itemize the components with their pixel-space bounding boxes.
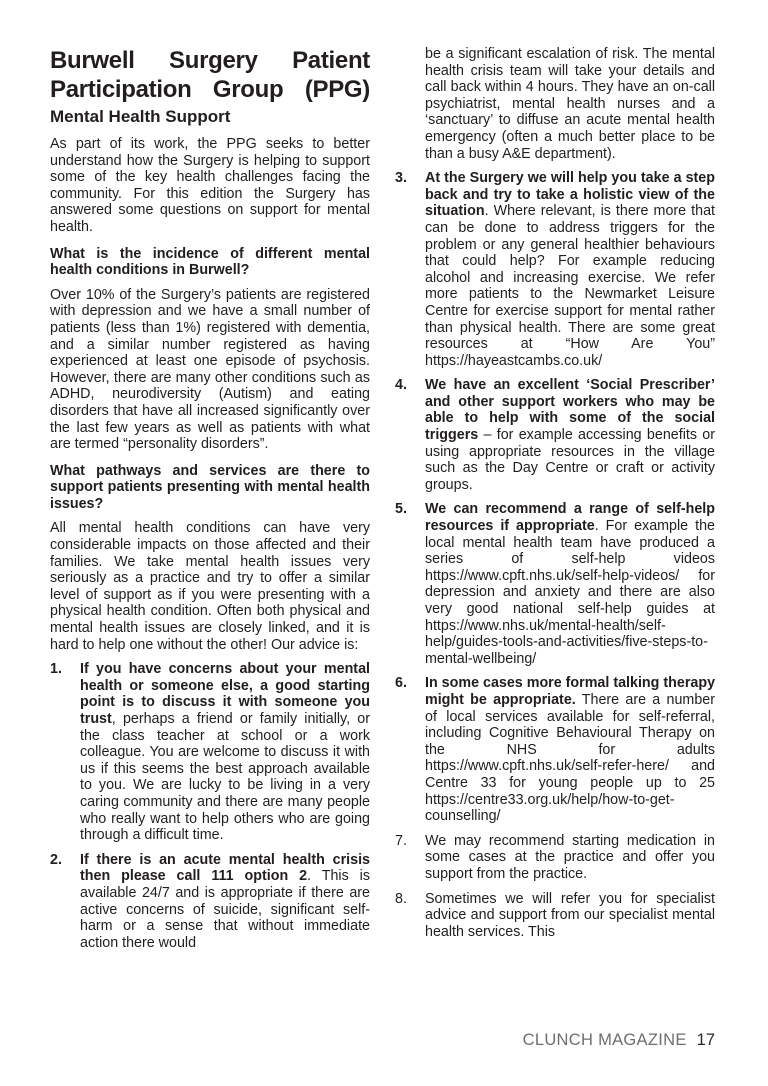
answer-paragraph-incidence: Over 10% of the Surgery’s patients are r… [50, 287, 370, 453]
list-item-text: We can recommend a range of self-help re… [425, 501, 715, 667]
list-item-2: 2. If there is an acute mental health cr… [50, 852, 370, 952]
list-indent-spacer [395, 46, 425, 162]
question-heading-incidence: What is the incidence of different menta… [50, 246, 370, 279]
list-item-2-continuation: be a significant escalation of risk. The… [395, 46, 715, 162]
list-number: 3. [395, 170, 425, 369]
list-item-8: 8. Sometimes we will refer you for speci… [395, 891, 715, 941]
list-number: 1. [50, 661, 80, 844]
list-item-text: At the Surgery we will help you take a s… [425, 170, 715, 369]
list-item-text: Sometimes we will refer you for speciali… [425, 891, 715, 941]
list-item-text: be a significant escalation of risk. The… [425, 46, 715, 162]
list-item-body-text: Sometimes we will refer you for speciali… [425, 891, 715, 940]
page-number: 17 [697, 1031, 715, 1049]
page-footer: CLUNCH MAGAZINE17 [523, 1031, 715, 1050]
left-column: Burwell Surgery Patient Participation Gr… [50, 46, 370, 959]
list-item-body-text: . Where relevant, is there more that can… [425, 203, 715, 368]
list-item-text: We may recommend starting medication in … [425, 833, 715, 883]
list-number: 6. [395, 675, 425, 824]
article-subtitle: Mental Health Support [50, 107, 370, 127]
list-item-7: 7. We may recommend starting medication … [395, 833, 715, 883]
list-item-body-text: . For example the local mental health te… [425, 518, 715, 667]
list-item-5: 5. We can recommend a range of self-help… [395, 501, 715, 667]
right-column: be a significant escalation of risk. The… [395, 46, 715, 959]
list-number: 4. [395, 377, 425, 493]
list-item-6: 6. In some cases more formal talking the… [395, 675, 715, 824]
magazine-name: CLUNCH MAGAZINE [523, 1031, 687, 1049]
two-column-layout: Burwell Surgery Patient Participation Gr… [0, 0, 768, 959]
list-number: 7. [395, 833, 425, 883]
list-item-text: We have an excellent ‘Social Prescriber’… [425, 377, 715, 493]
list-item-1: 1. If you have concerns about your menta… [50, 661, 370, 844]
article-title: Burwell Surgery Patient Participation Gr… [50, 46, 370, 104]
list-item-body-text: be a significant escalation of risk. The… [425, 46, 715, 162]
list-item-text: In some cases more formal talking therap… [425, 675, 715, 824]
list-item-body-text: , perhaps a friend or family initially, … [80, 711, 370, 843]
list-item-body-text: We may recommend starting medication in … [425, 833, 715, 882]
list-item-4: 4. We have an excellent ‘Social Prescrib… [395, 377, 715, 493]
list-number: 8. [395, 891, 425, 941]
list-item-3: 3. At the Surgery we will help you take … [395, 170, 715, 369]
question-heading-pathways: What pathways and services are there to … [50, 463, 370, 513]
answer-paragraph-pathways: All mental health conditions can have ve… [50, 520, 370, 653]
list-item-text: If you have concerns about your mental h… [80, 661, 370, 844]
list-item-body-text: There are a number of local services ava… [425, 692, 715, 824]
list-number: 2. [50, 852, 80, 952]
magazine-page: Burwell Surgery Patient Participation Gr… [0, 0, 768, 1086]
intro-paragraph: As part of its work, the PPG seeks to be… [50, 136, 370, 236]
list-number: 5. [395, 501, 425, 667]
list-item-text: If there is an acute mental health crisi… [80, 852, 370, 952]
